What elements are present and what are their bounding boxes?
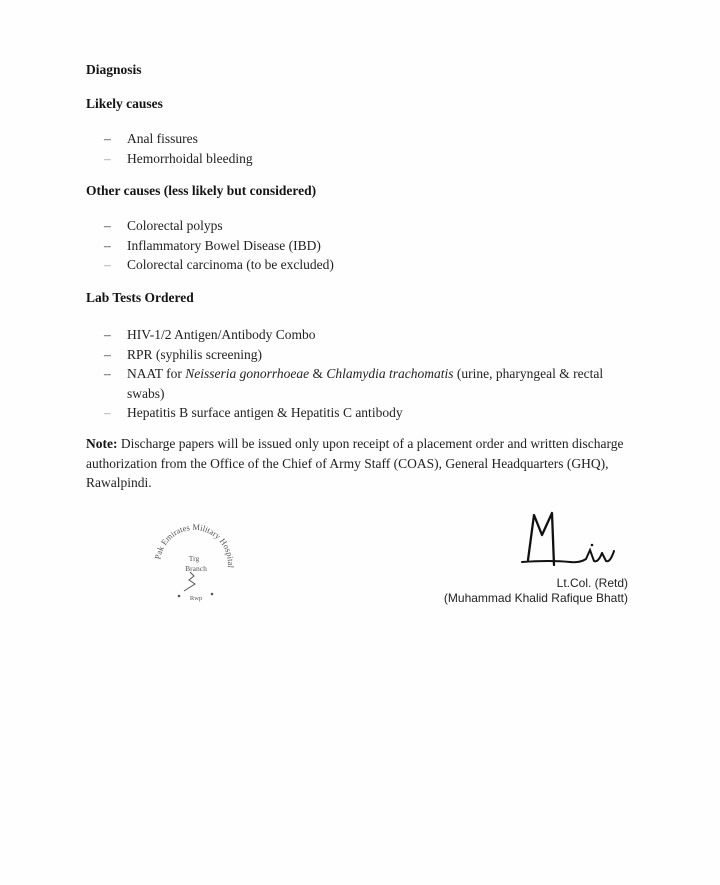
signatory-block: Lt.Col. (Retd) (Muhammad Khalid Rafique …: [444, 576, 628, 606]
note-text: Discharge papers will be issued only upo…: [86, 436, 623, 490]
dash-bullet: –: [104, 236, 111, 256]
discharge-note: Note: Discharge papers will be issued on…: [86, 434, 626, 493]
list-item: – Colorectal polyps: [104, 216, 334, 236]
lab-tests-list: – HIV-1/2 Antigen/Antibody Combo – RPR (…: [104, 325, 639, 423]
ampersand: &: [309, 366, 326, 381]
list-item-text: RPR (syphilis screening): [127, 347, 262, 362]
list-item: – Inflammatory Bowel Disease (IBD): [104, 236, 334, 256]
organism-neisseria: Neisseria gonorrhoeae: [185, 366, 309, 381]
signatory-name: (Muhammad Khalid Rafique Bhatt): [444, 591, 628, 606]
lab-tests-heading: Lab Tests Ordered: [86, 290, 194, 306]
stamp-center-line-1: Trg: [189, 554, 200, 563]
list-item-text: Inflammatory Bowel Disease (IBD): [127, 238, 321, 253]
list-item: – Anal fissures: [104, 129, 253, 149]
list-item: – HIV-1/2 Antigen/Antibody Combo: [104, 325, 639, 345]
list-item-text: Colorectal carcinoma (to be excluded): [127, 257, 334, 272]
list-item: – NAAT for Neisseria gonorrhoeae & Chlam…: [104, 364, 639, 403]
stamp-center-line-2: Branch: [185, 564, 207, 573]
dash-bullet: –: [104, 325, 111, 345]
list-item: – Hepatitis B surface antigen & Hepatiti…: [104, 403, 639, 423]
diagnosis-heading: Diagnosis: [86, 62, 142, 78]
naat-prefix: NAAT for: [127, 366, 185, 381]
note-label: Note:: [86, 436, 117, 451]
other-causes-list: – Colorectal polyps – Inflammatory Bowel…: [104, 216, 334, 275]
dash-bullet: –: [104, 403, 111, 423]
stamp-initial-scribble: [184, 572, 195, 591]
list-item-text: NAAT for Neisseria gonorrhoeae & Chlamyd…: [127, 364, 639, 403]
list-item: – Colorectal carcinoma (to be excluded): [104, 255, 334, 275]
dash-bullet: –: [104, 345, 111, 365]
likely-causes-list: – Anal fissures – Hemorrhoidal bleeding: [104, 129, 253, 168]
list-item-text: HIV-1/2 Antigen/Antibody Combo: [127, 327, 316, 342]
likely-causes-heading: Likely causes: [86, 96, 163, 112]
dash-bullet: –: [104, 129, 111, 149]
stamp-dot: [211, 593, 214, 596]
list-item-text: Colorectal polyps: [127, 218, 223, 233]
hospital-stamp: Pak Emirates Military Hospital Trg Branc…: [146, 516, 242, 612]
dash-bullet: –: [104, 255, 111, 275]
stamp-dot: [178, 595, 181, 598]
other-causes-heading: Other causes (less likely but considered…: [86, 183, 316, 199]
list-item: – Hemorrhoidal bleeding: [104, 149, 253, 169]
signatory-rank: Lt.Col. (Retd): [444, 576, 628, 591]
document-page: Diagnosis Likely causes – Anal fissures …: [0, 0, 720, 885]
list-item: – RPR (syphilis screening): [104, 345, 639, 365]
signature: [520, 505, 640, 580]
dash-bullet: –: [104, 216, 111, 236]
organism-chlamydia: Chlamydia trachomatis: [326, 366, 453, 381]
dash-bullet: –: [104, 149, 111, 169]
list-item-text: Hepatitis B surface antigen & Hepatitis …: [127, 405, 403, 420]
stamp-bottom-text: Rwp: [190, 595, 202, 602]
list-item-text: Anal fissures: [127, 131, 198, 146]
dash-bullet: –: [104, 364, 111, 384]
list-item-text: Hemorrhoidal bleeding: [127, 151, 253, 166]
